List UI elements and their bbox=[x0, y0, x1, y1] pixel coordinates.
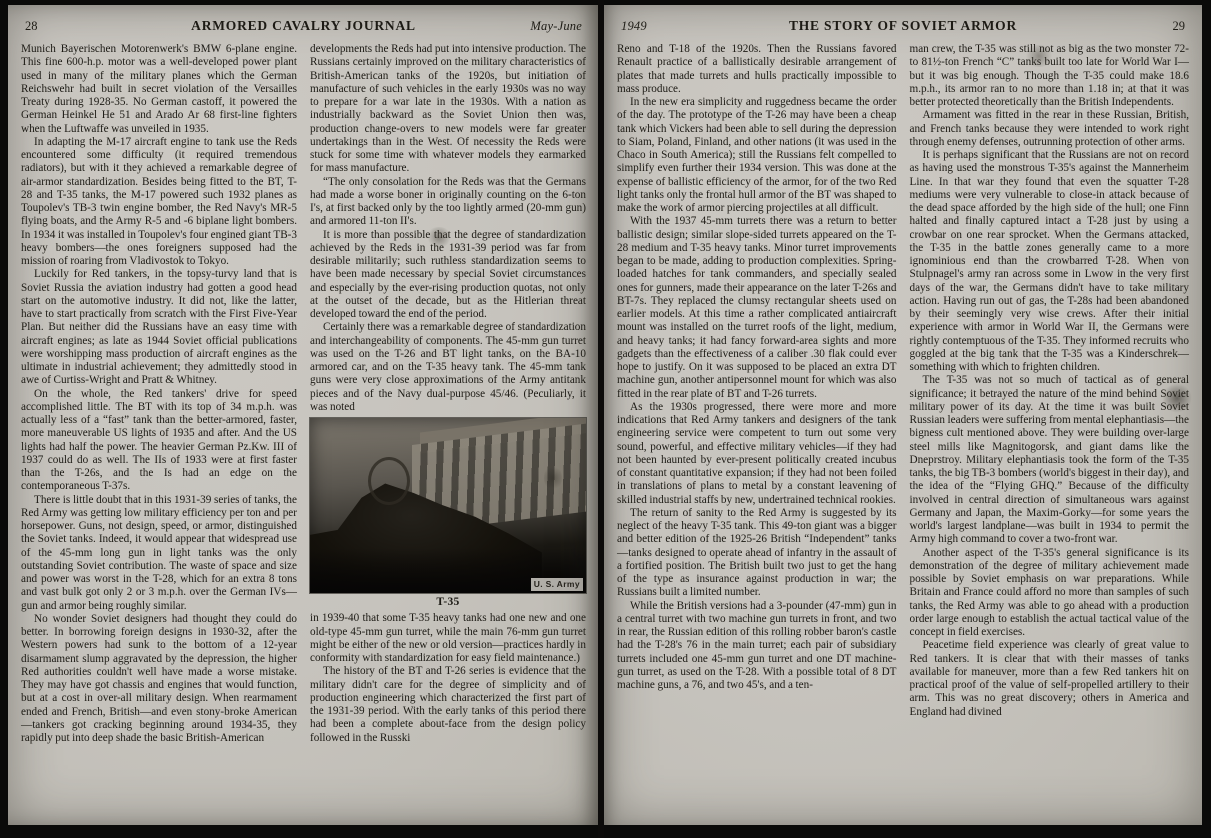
paragraph: man crew, the T-35 was still not as big … bbox=[910, 43, 1190, 109]
paragraph: It is more than possible that the degree… bbox=[310, 229, 586, 322]
paragraph: in 1939-40 that some T-35 heavy tanks ha… bbox=[310, 612, 586, 665]
running-head-left-page: 28 ARMORED CAVALRY JOURNAL May-June bbox=[25, 18, 582, 34]
paragraph: With the 1937 45-mm turrets there was a … bbox=[617, 215, 897, 401]
turret-rail bbox=[368, 457, 410, 505]
issue-year: 1949 bbox=[621, 19, 691, 34]
paragraph: The T-35 was not so much of tactical as … bbox=[910, 374, 1190, 546]
paragraph: As the 1930s progressed, there were more… bbox=[617, 401, 897, 507]
issue-date: May-June bbox=[512, 19, 582, 34]
paragraph: Reno and T-18 of the 1920s. Then the Rus… bbox=[617, 43, 897, 96]
photo-credit: U. S. Army bbox=[531, 578, 583, 591]
text-column-1: Reno and T-18 of the 1920s. Then the Rus… bbox=[617, 43, 897, 719]
paragraph: Munich Bayerischen Motorenwerk's BMW 6-p… bbox=[21, 43, 297, 136]
paragraph: The history of the BT and T-26 series is… bbox=[310, 665, 586, 745]
paragraph: Peacetime field experience was clearly o… bbox=[910, 639, 1190, 719]
paragraph: It is perhaps significant that the Russi… bbox=[910, 149, 1190, 374]
paragraph: “The only consolation for the Reds was t… bbox=[310, 176, 586, 229]
text-column-1: Munich Bayerischen Motorenwerk's BMW 6-p… bbox=[21, 43, 297, 745]
running-head-right-page: 1949 THE STORY OF SOVIET ARMOR 29 bbox=[621, 18, 1185, 34]
scanned-journal-spread: 28 ARMORED CAVALRY JOURNAL May-June Muni… bbox=[0, 0, 1211, 838]
paragraph: In adapting the M-17 aircraft engine to … bbox=[21, 136, 297, 269]
article-title: THE STORY OF SOVIET ARMOR bbox=[691, 18, 1115, 34]
page-number: 29 bbox=[1115, 19, 1185, 34]
t35-photo-figure: U. S. Army T-35 bbox=[310, 418, 586, 609]
paragraph: While the British versions had a 3-pound… bbox=[617, 600, 897, 693]
paragraph: On the whole, the Red tankers' drive for… bbox=[21, 388, 297, 494]
paragraph: Luckily for Red tankers, in the topsy-tu… bbox=[21, 268, 297, 387]
paragraph: Certainly there was a remarkable degree … bbox=[310, 321, 586, 414]
paragraph: In the new era simplicity and ruggedness… bbox=[617, 96, 897, 215]
paragraph: No wonder Soviet designers had thought t… bbox=[21, 613, 297, 746]
paragraph: Another aspect of the T-35's general sig… bbox=[910, 547, 1190, 640]
t35-tank-photo: U. S. Army bbox=[310, 418, 586, 593]
text-column-2: man crew, the T-35 was still not as big … bbox=[910, 43, 1190, 719]
journal-title: ARMORED CAVALRY JOURNAL bbox=[95, 18, 512, 34]
photo-caption: T-35 bbox=[310, 596, 586, 609]
text-column-2: developments the Reds had put into inten… bbox=[310, 43, 586, 745]
paragraph: Armament was fitted in the rear in these… bbox=[910, 109, 1190, 149]
paragraph: developments the Reds had put into inten… bbox=[310, 43, 586, 176]
page-number: 28 bbox=[25, 19, 95, 34]
page-28: 28 ARMORED CAVALRY JOURNAL May-June Muni… bbox=[8, 5, 599, 825]
paragraph: The return of sanity to the Red Army is … bbox=[617, 507, 897, 600]
page-29: 1949 THE STORY OF SOVIET ARMOR 29 Reno a… bbox=[604, 5, 1202, 825]
paragraph: There is little doubt that in this 1931-… bbox=[21, 494, 297, 613]
